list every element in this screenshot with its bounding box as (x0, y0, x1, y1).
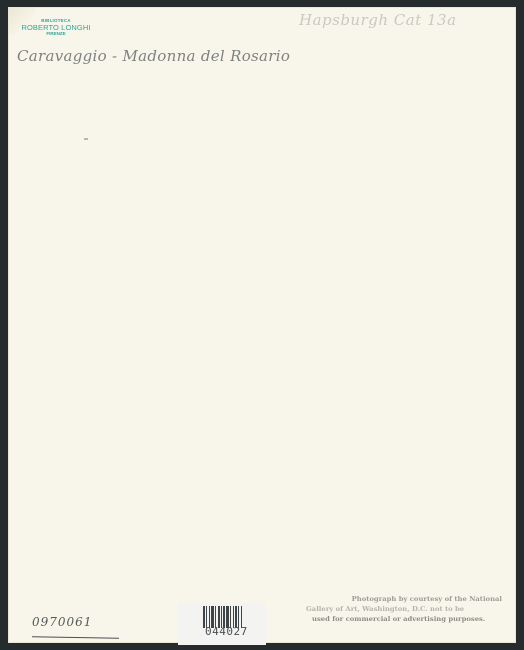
stamp-line-3: FIRENZE (16, 32, 96, 37)
library-stamp: BIBLIOTECA ROBERTO LONGHI FIRENZE (16, 19, 96, 37)
photo-credit-stamp: Photograph by courtesy of the National G… (306, 594, 504, 624)
credit-line-3: used for commercial or advertising purpo… (306, 614, 504, 624)
handwritten-title: Caravaggio - Madonna del Rosario (17, 47, 290, 65)
credit-line-2: Gallery of Art, Washington, D.C. not to … (306, 604, 504, 614)
inventory-number: 0970061 (32, 615, 92, 629)
barcode-number: 044027 (205, 625, 248, 638)
barcode-label: 044027 (178, 603, 266, 645)
inventory-underline (32, 636, 119, 639)
photo-verso-card: BIBLIOTECA ROBERTO LONGHI FIRENZE Carava… (8, 7, 516, 643)
pencil-mark (84, 138, 88, 140)
handwritten-catalogue-note: Hapsburgh Cat 13a (299, 11, 457, 29)
credit-line-1: Photograph by courtesy of the National (306, 594, 504, 604)
